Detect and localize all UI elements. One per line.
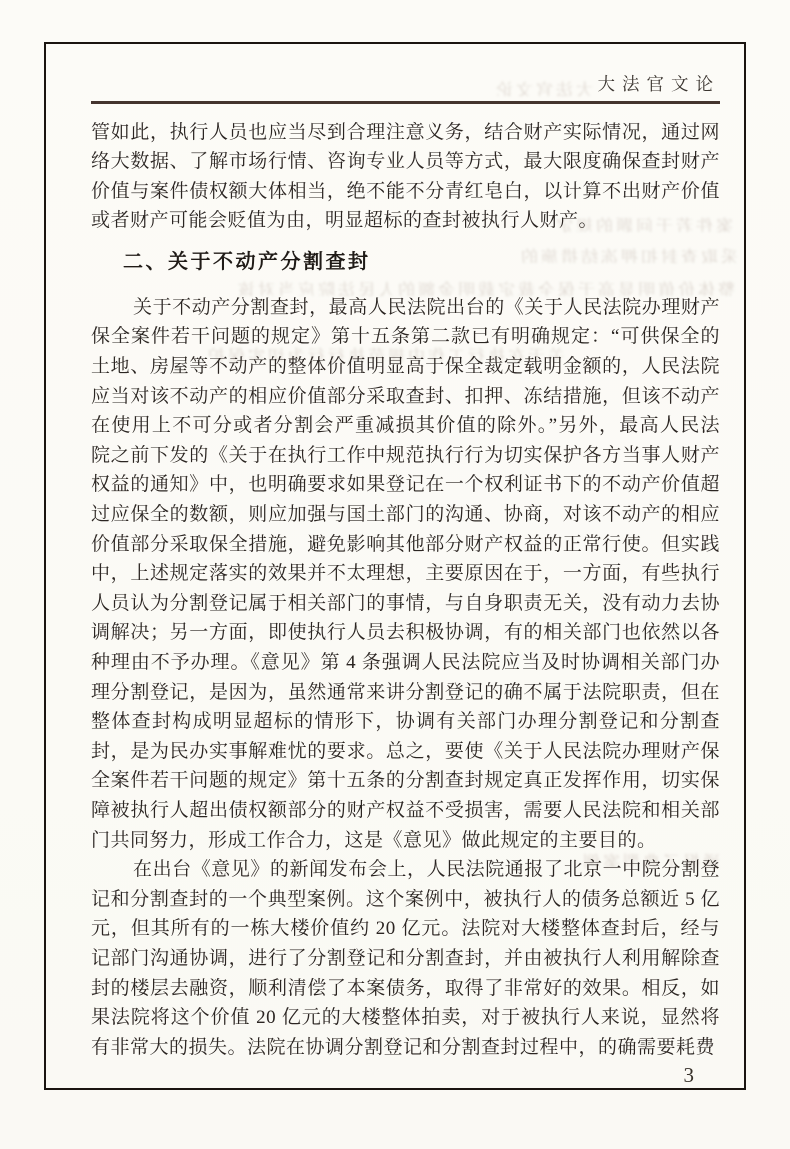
text-line: 权益的通知》中，也明确要求如果登记在一个权利证书下的不动产价值超 [91, 470, 720, 500]
text-line: 土地、房屋等不动产的整体价值明显高于保全裁定载明金额的，人民法院 [91, 352, 720, 382]
text-line: 关于不动产分割查封，最高人民法院出台的《关于人民法院办理财产 [91, 293, 720, 323]
text-line: 人员认为分割登记属于相关部门的事情，与自身职责无关，没有动力去协 [91, 589, 720, 619]
text-line: 价值部分采取保全措施，避免影响其他部分财产权益的正常行使。但实践 [91, 530, 720, 560]
running-header-title: 大法官文论 [91, 73, 720, 95]
text-line: 在使用上不可分或者分割会严重减损其价值的除外。”另外，最高人民法 [91, 411, 720, 441]
paragraph-case-example: 在出台《意见》的新闻发布会上，人民法院通报了北京一中院分割登记和分割查封的一个典… [91, 855, 720, 1062]
text-line: 管如此，执行人员也应当尽到合理注意义务，结合财产实际情况，通过网 [91, 118, 720, 148]
text-line: 价值与案件债权额大体相当，绝不能不分青红皂白，以计算不出财产价值 [91, 177, 720, 207]
text-line: 种理由不予办理。《意见》第 4 条强调人民法院应当及时协调相关部门办 [91, 648, 720, 678]
section-heading: 二、关于不动产分割查封 [123, 248, 720, 276]
text-line: 在出台《意见》的新闻发布会上，人民法院通报了北京一中院分割登 [91, 855, 720, 885]
text-line: 门共同努力，形成工作合力，这是《意见》做此规定的主要目的。 [91, 826, 720, 856]
text-line: 保全案件若干问题的规定》第十五条第二款已有明确规定：“可供保全的 [91, 322, 720, 352]
text-line: 全案件若干问题的规定》第十五条的分割查封规定真正发挥作用，切实保 [91, 766, 720, 796]
text-line: 调解决；另一方面，即使执行人员去积极协调，有的相关部门也依然以各 [91, 618, 720, 648]
page-frame: 大法官文论 管如此，执行人员也应当尽到合理注意义务，结合财产实际情况，通过网络大… [44, 42, 746, 1090]
text-line: 记部门沟通协调，进行了分割登记和分割查封，并由被执行人利用解除查 [91, 944, 720, 974]
text-line: 封，是为民办实事解难忧的要求。总之，要使《关于人民法院办理财产保 [91, 737, 720, 767]
text-line: 院之前下发的《关于在执行工作中规范执行行为切实保护各方当事人财产 [91, 441, 720, 471]
text-line: 理分割登记，是因为，虽然通常来讲分割登记的确不属于法院职责，但在 [91, 678, 720, 708]
text-line: 障被执行人超出债权额部分的财产权益不受损害，需要人民法院和相关部 [91, 796, 720, 826]
text-line: 络大数据、了解市场行情、咨询专业人员等方式，最大限度确保查封财产 [91, 147, 720, 177]
text-line: 或者财产可能会贬值为由，明显超标的查封被执行人财产。 [91, 206, 720, 236]
text-line: 中，上述规定落实的效果并不太理想，主要原因在于，一方面，有些执行 [91, 559, 720, 589]
scanned-book-page: 大法官文论案件若干问题的规定采取查封扣押冻结措施的整体价值明显高于保全裁定载明金… [0, 0, 790, 1149]
text-line: 过应保全的数额，则应加强与国土部门的沟通、协商，对该不动产的相应 [91, 500, 720, 530]
text-line: 果法院将这个价值 20 亿元的大楼整体拍卖，对于被执行人来说，显然将会 [91, 1003, 720, 1033]
paragraph-regulations: 关于不动产分割查封，最高人民法院出台的《关于人民法院办理财产保全案件若干问题的规… [91, 293, 720, 855]
text-line: 元，但其所有的一栋大楼价值约 20 亿元。法院对大楼整体查封后，经与登 [91, 914, 720, 944]
text-line: 记和分割查封的一个典型案例。这个案例中，被执行人的债务总额近 5 亿 [91, 885, 720, 915]
header-rule [91, 101, 720, 104]
text-line: 有非常大的损失。法院在协调分割登记和分割查封过程中，的确需要耗费 [91, 1033, 720, 1063]
text-line: 应当对该不动产的相应价值部分采取查封、扣押、冻结措施，但该不动产 [91, 382, 720, 412]
page-number: 3 [684, 1063, 695, 1087]
text-line: 封的楼层去融资，顺利清偿了本案债务，取得了非常好的效果。相反，如 [91, 974, 720, 1004]
article-body: 管如此，执行人员也应当尽到合理注意义务，结合财产实际情况，通过网络大数据、了解市… [91, 118, 720, 1063]
paragraph-continuation: 管如此，执行人员也应当尽到合理注意义务，结合财产实际情况，通过网络大数据、了解市… [91, 118, 720, 236]
text-line: 整体查封构成明显超标的情形下，协调有关部门办理分割登记和分割查 [91, 707, 720, 737]
